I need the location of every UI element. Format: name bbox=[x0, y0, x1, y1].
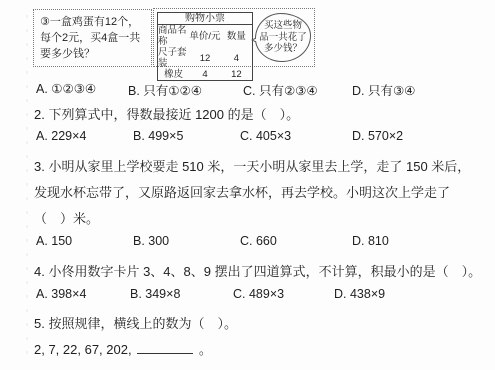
q3-option-b: B. 300 bbox=[133, 234, 240, 248]
scan-artifact bbox=[26, 15, 28, 355]
worksheet-page: ③一盒鸡蛋有12个，每个2元，买4盒一共要多少钱？ 购物小票 商品名称 单价/元… bbox=[0, 0, 495, 370]
bubble-line: 买这些物 bbox=[257, 20, 309, 32]
q2-text: 2. 下列算式中，得数最接近 1200 的是（ ）。 bbox=[34, 104, 299, 123]
table-row: 橡皮 4 12 bbox=[158, 69, 253, 81]
speech-bubble-text: 买这些物 品一共花了 多少钱？ bbox=[255, 13, 311, 62]
answer-blank bbox=[137, 341, 193, 354]
q4-option-c: C. 489×3 bbox=[233, 287, 334, 301]
q4-options-row: A. 398×4 B. 349×8 C. 489×3 D. 438×9 bbox=[36, 287, 476, 301]
egg-question-box: ③一盒鸡蛋有12个，每个2元，买4盒一共要多少钱？ bbox=[33, 9, 152, 67]
receipt-header-price: 单价/元 bbox=[189, 25, 221, 48]
receipt-table: 购物小票 商品名称 单价/元 数量 尺子套装 12 4 橡皮 4 12 bbox=[157, 12, 253, 81]
bubble-line: 品一共花了 bbox=[257, 32, 309, 44]
q3-text-line3: （ ）米。 bbox=[34, 208, 99, 227]
receipt-cell: 12 bbox=[189, 47, 221, 69]
q3-option-d: D. 810 bbox=[352, 234, 476, 248]
receipt-header-item: 商品名称 bbox=[158, 25, 190, 48]
egg-question-text: ③一盒鸡蛋有12个，每个2元，买4盒一共要多少钱？ bbox=[40, 16, 140, 60]
q1-options-row: A. ①②③④ B. 只有①②④ C. 只有②③④ D. 只有③④ bbox=[36, 81, 476, 99]
q4-option-a: A. 398×4 bbox=[36, 287, 130, 301]
bubble-line: 多少钱？ bbox=[257, 43, 309, 55]
receipt-cell: 橡皮 bbox=[158, 69, 190, 81]
q5-sequence-suffix: 。 bbox=[199, 342, 212, 357]
table-row: 尺子套装 12 4 bbox=[158, 47, 253, 69]
q1-option-d: D. 只有③④ bbox=[352, 81, 476, 99]
q3-text-line2: 发现水杯忘带了，又原路返回家去拿水杯，再去学校。小明这次上学走了 bbox=[34, 182, 450, 201]
table-row: 商品名称 单价/元 数量 bbox=[158, 25, 253, 48]
receipt-cell: 4 bbox=[189, 69, 221, 81]
q1-option-c: C. 只有②③④ bbox=[243, 81, 352, 99]
receipt-title: 购物小票 bbox=[158, 13, 253, 25]
q2-option-c: C. 405×3 bbox=[240, 129, 352, 143]
q1-option-b: B. 只有①②④ bbox=[128, 81, 243, 99]
q2-option-a: A. 229×4 bbox=[36, 129, 133, 143]
table-row: 购物小票 bbox=[158, 13, 253, 25]
q3-text-line1: 3. 小明从家里上学校要走 510 米，一天小明从家里去上学，走了 150 米后… bbox=[34, 156, 470, 175]
q4-option-d: D. 438×9 bbox=[334, 287, 476, 301]
speech-bubble: 买这些物 品一共花了 多少钱？ bbox=[255, 12, 311, 63]
q3-option-c: C. 660 bbox=[240, 234, 352, 248]
q3-options-row: A. 150 B. 300 C. 660 D. 810 bbox=[36, 234, 476, 248]
q5-sequence-prefix: 2, 7, 22, 67, 202, bbox=[34, 342, 132, 357]
receipt-cell: 尺子套装 bbox=[158, 47, 190, 69]
q1-option-a: A. ①②③④ bbox=[36, 81, 128, 99]
q5-text: 5. 按照规律，横线上的数为（ ）。 bbox=[34, 313, 237, 332]
q4-text: 4. 小佟用数字卡片 3、4、8、9 摆出了四道算式，不计算，积最小的是（ ）。 bbox=[34, 261, 481, 280]
q4-option-b: B. 349×8 bbox=[130, 287, 233, 301]
speech-bubble-tail-fill bbox=[253, 37, 260, 43]
receipt-header-qty: 数量 bbox=[221, 25, 253, 48]
receipt-cell: 12 bbox=[221, 69, 253, 81]
q2-option-b: B. 499×5 bbox=[133, 129, 240, 143]
q3-option-a: A. 150 bbox=[36, 234, 133, 248]
receipt-box: 购物小票 商品名称 单价/元 数量 尺子套装 12 4 橡皮 4 12 bbox=[153, 8, 315, 67]
q5-sequence-line: 2, 7, 22, 67, 202, 。 bbox=[34, 339, 212, 358]
receipt-cell: 4 bbox=[221, 47, 253, 69]
q2-option-d: D. 570×2 bbox=[352, 129, 476, 143]
q2-options-row: A. 229×4 B. 499×5 C. 405×3 D. 570×2 bbox=[36, 129, 476, 143]
